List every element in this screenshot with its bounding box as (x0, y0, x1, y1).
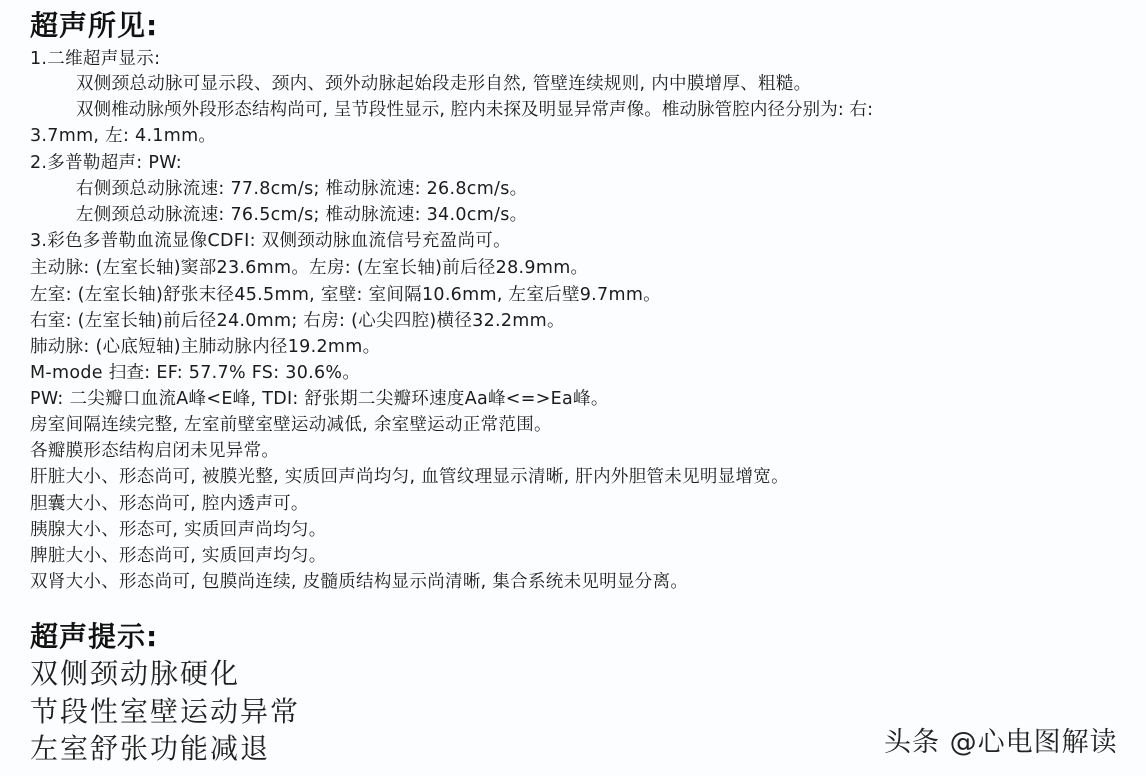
findings-line: 左室: (左室长轴)舒张末径45.5mm, 室壁: 室间隔10.6mm, 左室后… (30, 281, 661, 306)
findings-line: 右侧颈总动脉流速: 77.8cm/s; 椎动脉流速: 26.8cm/s。 (76, 175, 527, 200)
findings-line: M-mode 扫查: EF: 57.7% FS: 30.6%。 (30, 359, 360, 384)
findings-line: 胰腺大小、形态可, 实质回声尚均匀。 (30, 516, 327, 541)
findings-line: 双肾大小、形态尚可, 包膜尚连续, 皮髓质结构显示尚清晰, 集合系统未见明显分离… (30, 568, 688, 593)
findings-line: 右室: (左室长轴)前后径24.0mm; 右房: (心尖四腔)横径32.2mm。 (30, 307, 565, 332)
findings-line: 1.二维超声显示: (30, 45, 160, 70)
conclusion-item: 双侧颈动脉硬化 (30, 652, 240, 692)
findings-line: 2.多普勒超声: PW: (30, 149, 182, 174)
findings-line: PW: 二尖瓣口血流A峰<E峰, TDI: 舒张期二尖瓣环速度Aa峰<=>Ea峰… (30, 385, 609, 410)
findings-line: 3.彩色多普勒血流显像CDFI: 双侧颈动脉血流信号充盈尚可。 (30, 227, 511, 252)
watermark: 头条 @心电图解读 (884, 720, 1118, 759)
findings-line: 双侧颈总动脉可显示段、颈内、颈外动脉起始段走形自然, 管壁连续规则, 内中膜增厚… (76, 70, 811, 95)
conclusion-item: 节段性室壁运动异常 (30, 690, 300, 730)
conclusion-item: 左室舒张功能减退 (30, 727, 270, 767)
findings-line: 胆囊大小、形态尚可, 腔内透声可。 (30, 490, 309, 515)
findings-line: 各瓣膜形态结构启闭未见异常。 (30, 437, 279, 462)
findings-line: 肺动脉: (心底短轴)主肺动脉内径19.2mm。 (30, 333, 380, 358)
findings-heading: 超声所见: (30, 4, 158, 44)
findings-line: 左侧颈总动脉流速: 76.5cm/s; 椎动脉流速: 34.0cm/s。 (76, 201, 527, 226)
findings-line: 脾脏大小、形态尚可, 实质回声均匀。 (30, 542, 327, 567)
findings-line: 主动脉: (左室长轴)窦部23.6mm。左房: (左室长轴)前后径28.9mm。 (30, 254, 588, 279)
findings-line: 双侧椎动脉颅外段形态结构尚可, 呈节段性显示, 腔内未探及明显异常声像。椎动脉管… (76, 96, 873, 121)
findings-line: 肝脏大小、形态尚可, 被膜光整, 实质回声尚均匀, 血管纹理显示清晰, 肝内外胆… (30, 463, 789, 488)
findings-line: 3.7mm, 左: 4.1mm。 (30, 122, 216, 147)
conclusion-heading: 超声提示: (30, 615, 158, 655)
findings-line: 房室间隔连续完整, 左室前壁室壁运动减低, 余室壁运动正常范围。 (30, 411, 552, 436)
